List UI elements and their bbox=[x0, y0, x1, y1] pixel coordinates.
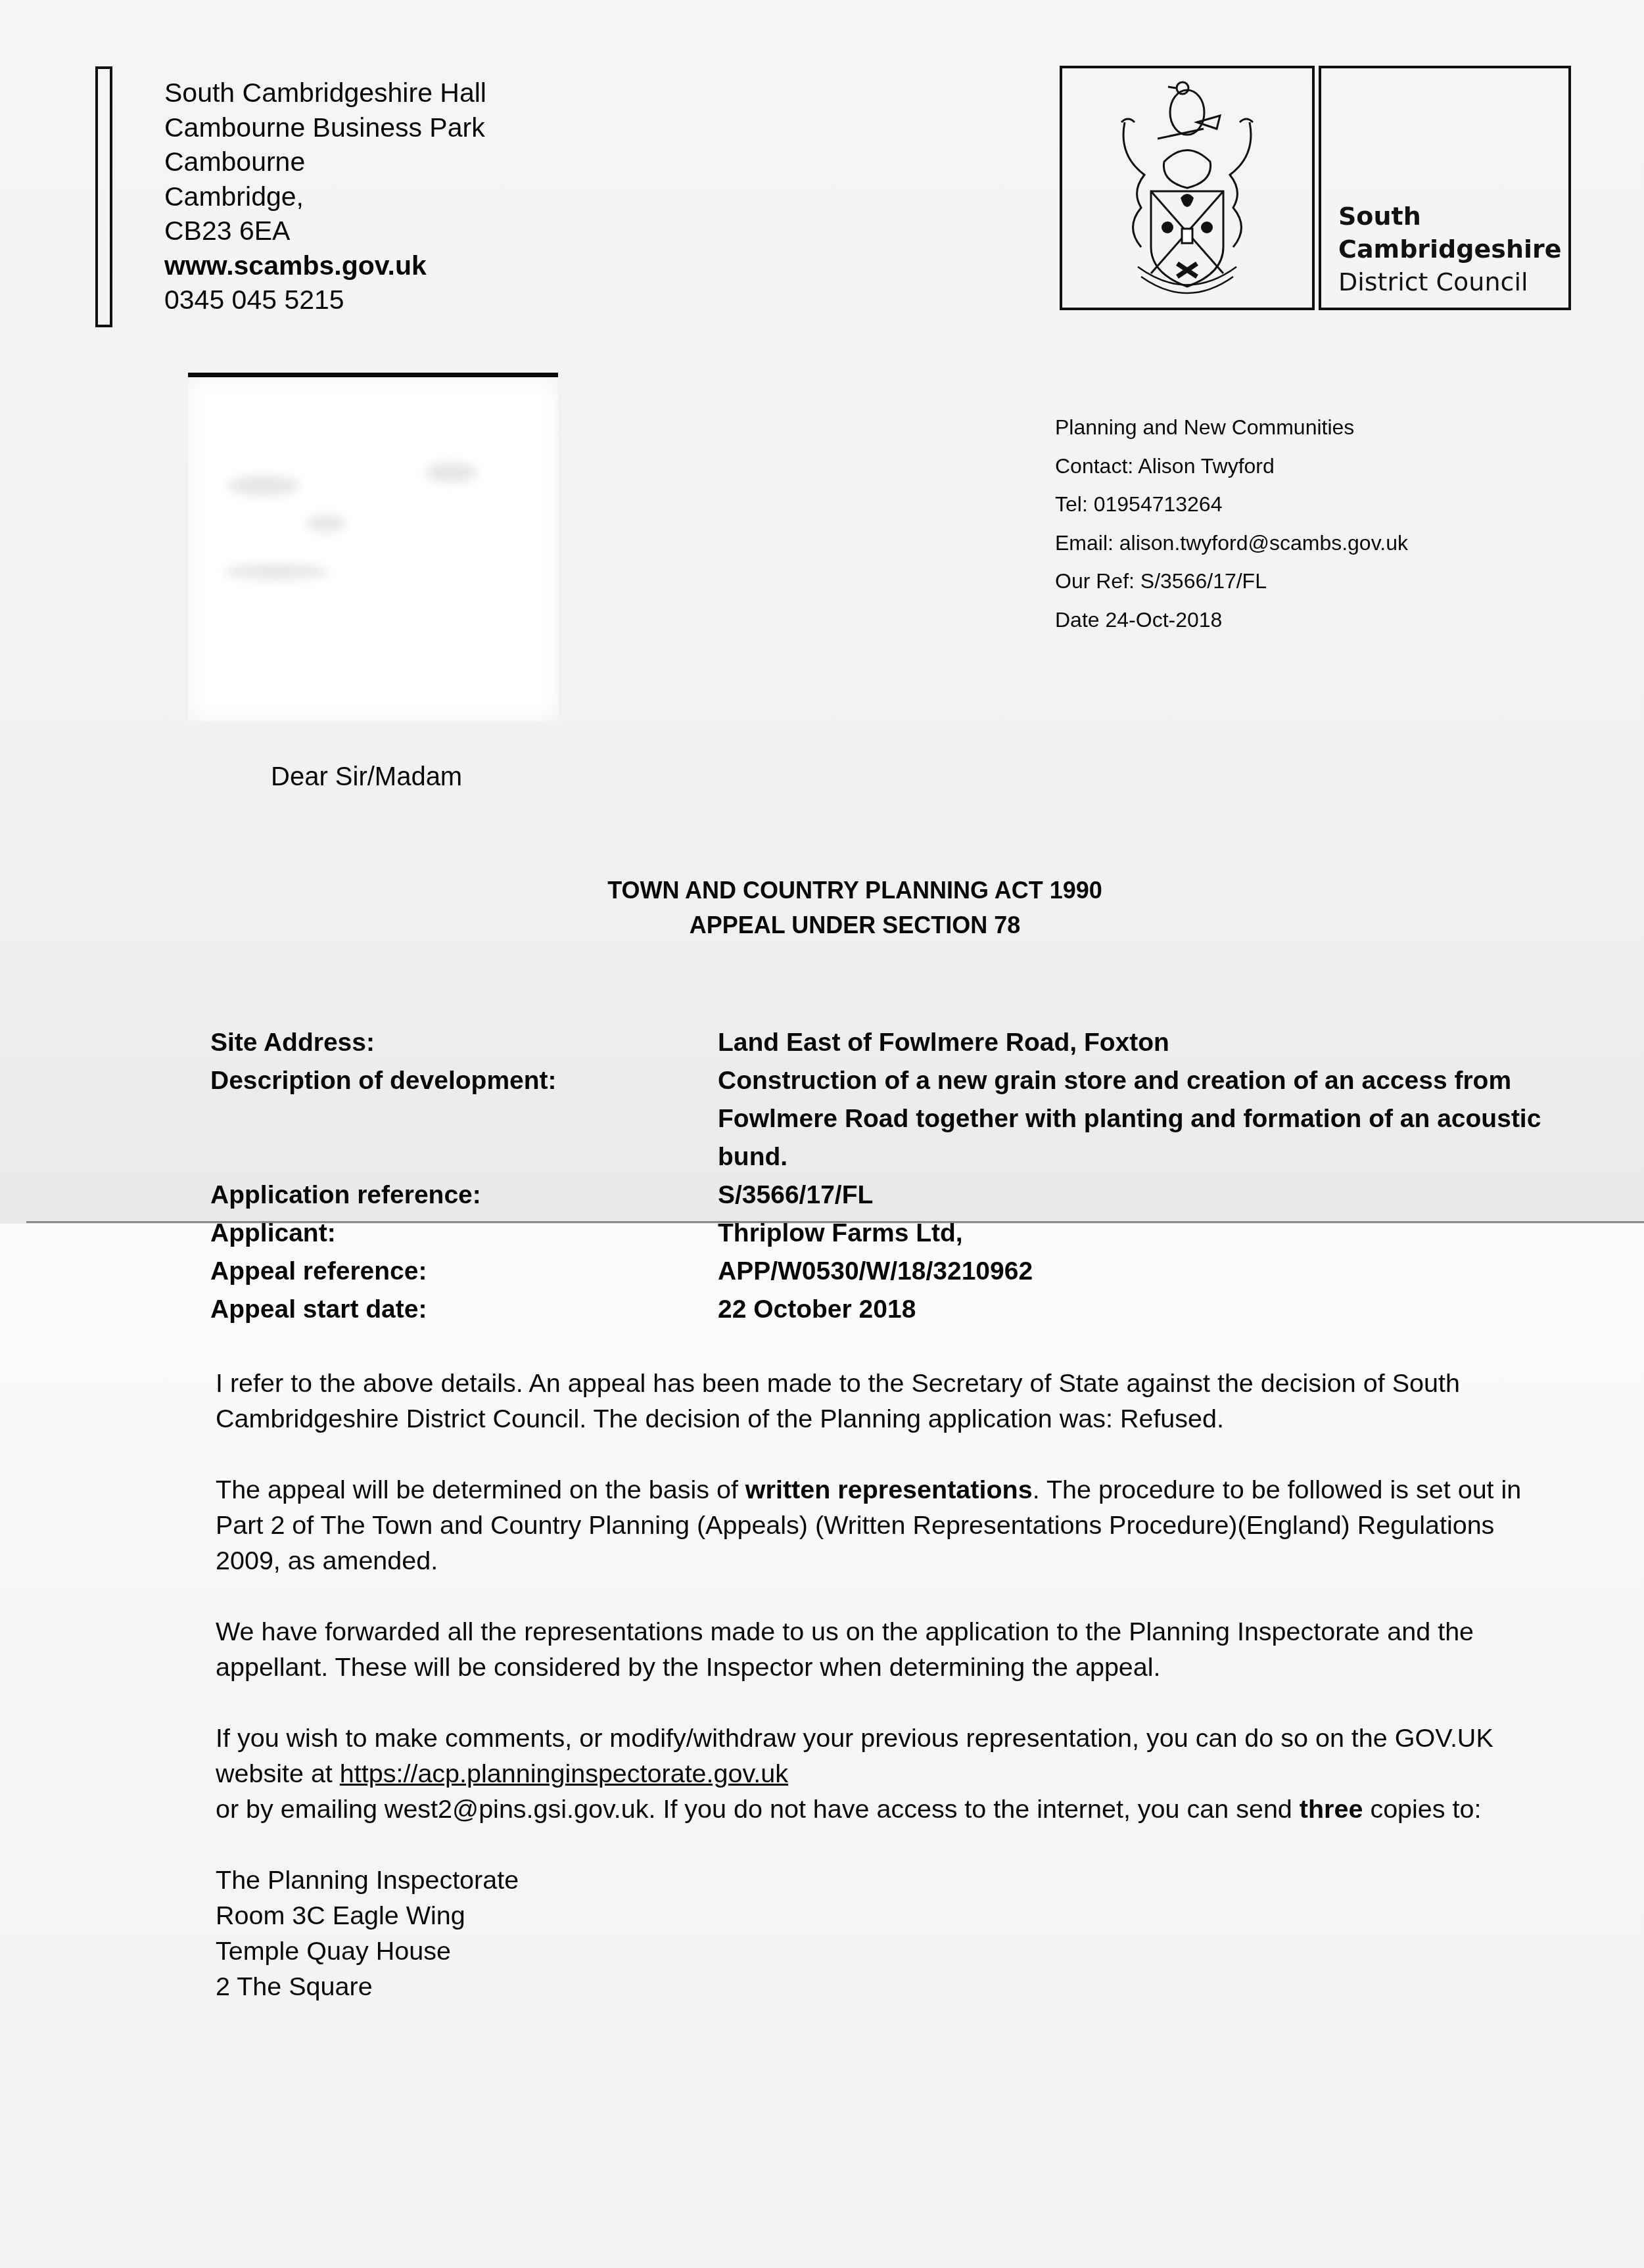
detail-label: Appeal start date: bbox=[210, 1291, 718, 1329]
council-name-box: South Cambridgeshire District Council bbox=[1319, 66, 1571, 310]
letter-body: I refer to the above details. An appeal … bbox=[216, 1366, 1530, 2004]
council-phone: 0345 045 5215 bbox=[164, 283, 486, 317]
text: or by emailing west2@pins.gsi.gov.uk. If… bbox=[216, 1795, 1300, 1824]
detail-value: Construction of a new grain store and cr… bbox=[718, 1062, 1553, 1176]
inspectorate-address-line: Temple Quay House bbox=[216, 1933, 1530, 1969]
return-address: South Cambridgeshire Hall Cambourne Busi… bbox=[164, 76, 486, 317]
detail-row-application-reference: Application reference: S/3566/17/FL bbox=[210, 1176, 1553, 1215]
inspectorate-address-line: Room 3C Eagle Wing bbox=[216, 1898, 1530, 1933]
our-reference: Our Ref: S/3566/17/FL bbox=[1055, 562, 1408, 601]
emphasis-written-representations: written representations bbox=[745, 1475, 1033, 1504]
detail-label: Application reference: bbox=[210, 1176, 718, 1215]
address-line: South Cambridgeshire Hall bbox=[164, 76, 486, 110]
council-logo-text: South Cambridgeshire District Council bbox=[1338, 200, 1561, 298]
text: The appeal will be determined on the bas… bbox=[216, 1475, 745, 1504]
council-website: www.scambs.gov.uk bbox=[164, 248, 486, 283]
text: copies to: bbox=[1363, 1795, 1481, 1824]
contact-email: Email: alison.twyford@scambs.gov.uk bbox=[1055, 524, 1408, 563]
contact-name: Contact: Alison Twyford bbox=[1055, 447, 1408, 486]
smudge bbox=[425, 463, 477, 482]
detail-label: Appeal reference: bbox=[210, 1253, 718, 1291]
address-bracket-divider bbox=[95, 66, 112, 327]
detail-label: Site Address: bbox=[210, 1024, 718, 1062]
detail-row-appeal-reference: Appeal reference: APP/W0530/W/18/3210962 bbox=[210, 1253, 1553, 1291]
letter-date: Date 24-Oct-2018 bbox=[1055, 601, 1408, 639]
detail-value: 22 October 2018 bbox=[718, 1291, 1553, 1329]
planning-inspectorate-link[interactable]: https://acp.planninginspectorate.gov.uk bbox=[340, 1759, 788, 1788]
address-line: Cambourne Business Park bbox=[164, 110, 486, 145]
department: Planning and New Communities bbox=[1055, 408, 1408, 447]
detail-row-appeal-start-date: Appeal start date: 22 October 2018 bbox=[210, 1291, 1553, 1329]
detail-label: Description of development: bbox=[210, 1062, 718, 1176]
detail-value: Land East of Fowlmere Road, Foxton bbox=[718, 1024, 1553, 1062]
detail-value: S/3566/17/FL bbox=[718, 1176, 1553, 1215]
logo-name-line3: District Council bbox=[1338, 266, 1561, 298]
paragraph-comments: If you wish to make comments, or modify/… bbox=[216, 1721, 1530, 1827]
paragraph-forwarded: We have forwarded all the representation… bbox=[216, 1614, 1530, 1685]
address-line: Cambridge, bbox=[164, 179, 486, 214]
emphasis-three: three bbox=[1300, 1795, 1363, 1824]
heading-section: APPEAL UNDER SECTION 78 bbox=[66, 908, 1644, 942]
coat-of-arms-icon bbox=[1105, 76, 1269, 300]
address-line: Cambourne bbox=[164, 145, 486, 179]
smudge bbox=[224, 565, 329, 579]
paragraph-procedure: The appeal will be determined on the bas… bbox=[216, 1472, 1530, 1579]
redacted-recipient-address bbox=[188, 373, 558, 721]
salutation: Dear Sir/Madam bbox=[271, 762, 462, 792]
heading-act: TOWN AND COUNTRY PLANNING ACT 1990 bbox=[66, 873, 1644, 908]
smudge bbox=[306, 515, 346, 532]
detail-value: Thriplow Farms Ltd, bbox=[718, 1215, 1553, 1253]
logo-name-line2: Cambridgeshire bbox=[1338, 233, 1561, 266]
smudge bbox=[227, 476, 300, 496]
address-line: CB23 6EA bbox=[164, 214, 486, 248]
logo-name-line1: South bbox=[1338, 200, 1561, 233]
contact-details: Planning and New Communities Contact: Al… bbox=[1055, 408, 1408, 639]
detail-row-applicant: Applicant: Thriplow Farms Ltd, bbox=[210, 1215, 1553, 1253]
inspectorate-address-line: The Planning Inspectorate bbox=[216, 1863, 1530, 1898]
detail-label: Applicant: bbox=[210, 1215, 718, 1253]
detail-row-description: Description of development: Construction… bbox=[210, 1062, 1553, 1176]
council-crest-box bbox=[1060, 66, 1315, 310]
inspectorate-address-line: 2 The Square bbox=[216, 1969, 1530, 2004]
contact-tel: Tel: 01954713264 bbox=[1055, 485, 1408, 524]
detail-value: APP/W0530/W/18/3210962 bbox=[718, 1253, 1553, 1291]
letter-heading: TOWN AND COUNTRY PLANNING ACT 1990 APPEA… bbox=[0, 873, 1644, 942]
appeal-details: Site Address: Land East of Fowlmere Road… bbox=[210, 1024, 1553, 1329]
detail-row-site-address: Site Address: Land East of Fowlmere Road… bbox=[210, 1024, 1553, 1062]
paragraph-appeal-made: I refer to the above details. An appeal … bbox=[216, 1366, 1530, 1437]
inspectorate-address: The Planning Inspectorate Room 3C Eagle … bbox=[216, 1863, 1530, 2004]
